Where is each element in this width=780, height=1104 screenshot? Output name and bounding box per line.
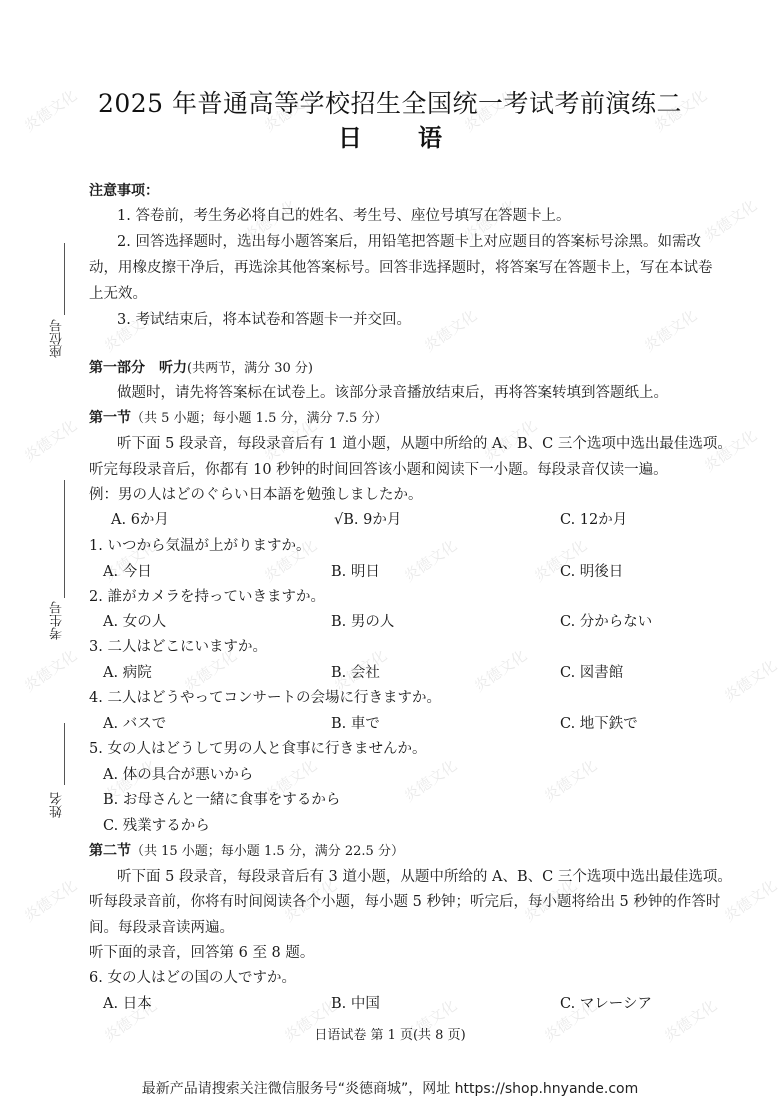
option-c: C. 明後日 [560, 562, 623, 582]
option-c: C. 分からない [560, 612, 652, 632]
option-b: B. 会社 [331, 663, 380, 683]
watermark: 炎德文化 [539, 755, 600, 807]
question: 2. 誰がカメラを持っていきますか。 [89, 587, 325, 607]
part1-heading: 第一部分 听力(共两节，满分 30 分) [89, 358, 313, 379]
option-c: C. 残業するから [103, 816, 210, 836]
section1-heading: 第一节（共 5 小题；每小题 1.5 分，满分 7.5 分） [89, 408, 387, 429]
name-label: 姓名 [48, 788, 68, 818]
option-c: C. マレーシア [560, 994, 652, 1014]
group-instruction: 听下面的录音，回答第 6 至 8 题。 [89, 943, 314, 963]
section2-heading-bold: 第二节 [89, 843, 131, 859]
question: 3. 二人はどこにいますか。 [89, 637, 267, 657]
seat-number-label: 座位号 [48, 318, 68, 358]
exam-title: 2025 年普通高等学校招生全国统一考试考前演练二 [0, 84, 780, 120]
option-b: B. 明日 [331, 562, 380, 582]
section2-instruction: 听每段录音前，你将有时间阅读各个小题，每小题 5 秒钟；听完后，每小题将给出 5… [89, 892, 720, 912]
example-option-c: C. 12か月 [560, 510, 627, 530]
section2-instruction: 听下面 5 段录音，每段录音后有 3 道小题，从题中所给的 A、B、C 三个选项… [117, 867, 732, 887]
notes-heading: 注意事项： [89, 181, 159, 201]
watermark: 炎德文化 [469, 645, 530, 697]
part1-instruction: 做题时，请先将答案标在试卷上。该部分录音播放结束后，再将答案转填到答题纸上。 [117, 383, 668, 403]
option-a: A. 病院 [103, 663, 152, 683]
option-c: C. 地下鉄で [560, 714, 638, 734]
section2-heading: 第二节（共 15 小题；每小题 1.5 分，满分 22.5 分） [89, 841, 404, 862]
promo-banner: 最新产品请搜索关注微信服务号“炎德商城”，网址 https://shop.hny… [0, 1078, 780, 1098]
note-item: 2. 回答选择题时，选出每小题答案后，用铅笔把答题卡上对应题目的答案标号涂黑。如… [117, 232, 701, 252]
example-option-b: √B. 9か月 [334, 510, 401, 530]
note-item: 1. 答卷前，考生务必将自己的姓名、考生号、座位号填写在答题卡上。 [117, 206, 570, 226]
option-b: B. 男の人 [331, 612, 394, 632]
subject-char: 日 [338, 118, 362, 153]
watermark: 炎德文化 [419, 305, 480, 357]
section1-heading-rest: （共 5 小题；每小题 1.5 分，满分 7.5 分） [131, 411, 387, 426]
option-a: A. 日本 [103, 994, 152, 1014]
exam-number-label: 考生号 [48, 600, 68, 640]
option-b: B. お母さんと一緒に食事をするから [103, 790, 340, 810]
note-item: 上无效。 [89, 284, 147, 304]
watermark: 炎德文化 [699, 195, 760, 247]
section2-heading-rest: （共 15 小题；每小题 1.5 分，满分 22.5 分） [131, 844, 404, 859]
option-a: A. バスで [103, 714, 166, 734]
question: 6. 女の人はどの国の人ですか。 [89, 968, 296, 988]
subject-char: 语 [418, 118, 442, 153]
part1-heading-rest: (共两节，满分 30 分) [187, 361, 313, 376]
subject-title: 日语 [0, 118, 780, 153]
watermark: 炎德文化 [639, 305, 700, 357]
exam-page: 炎德文化 炎德文化 炎德文化 炎德文化 炎德文化 炎德文化 炎德文化 炎德文化 … [0, 0, 780, 1104]
watermark: 炎德文化 [19, 415, 80, 467]
part1-heading-bold: 第一部分 听力 [89, 360, 187, 376]
section1-instruction: 听完每段录音后，你都有 10 秒钟的时间回答该小题和阅读下一小题。每段录音仅读一… [89, 460, 668, 480]
example-option-a: A. 6か月 [111, 510, 169, 530]
page-footer: 日语试卷 第 1 页(共 8 页) [0, 1024, 780, 1043]
watermark: 炎德文化 [719, 655, 780, 707]
watermark: 炎德文化 [399, 755, 460, 807]
watermark: 炎德文化 [399, 535, 460, 587]
watermark: 炎德文化 [19, 645, 80, 697]
option-a: A. 今日 [103, 562, 152, 582]
option-a: A. 女の人 [103, 612, 166, 632]
option-b: B. 中国 [331, 994, 380, 1014]
name-line [64, 723, 65, 785]
section1-instruction: 听下面 5 段录音，每段录音后有 1 道小题，从题中所给的 A、B、C 三个选项… [117, 434, 732, 454]
option-a: A. 体の具合が悪いから [103, 765, 253, 785]
seat-number-line [64, 243, 65, 315]
watermark: 炎德文化 [19, 875, 80, 927]
exam-number-line [64, 480, 65, 598]
note-item: 3. 考试结束后，将本试卷和答题卡一并交回。 [117, 310, 411, 330]
question: 4. 二人はどうやってコンサートの会場に行きますか。 [89, 688, 441, 708]
section2-instruction: 间。每段录音读两遍。 [89, 918, 234, 938]
option-c: C. 図書館 [560, 663, 623, 683]
question: 5. 女の人はどうして男の人と食事に行きませんか。 [89, 739, 426, 759]
note-item: 动，用橡皮擦干净后，再选涂其他答案标号。回答非选择题时，将答案写在答题卡上，写在… [89, 258, 713, 278]
question: 1. いつから気温が上がりますか。 [89, 536, 310, 556]
section1-heading-bold: 第一节 [89, 410, 131, 426]
option-b: B. 車で [331, 714, 380, 734]
example-question: 例：男の人はどのぐらい日本語を勉強しましたか。 [89, 485, 423, 505]
